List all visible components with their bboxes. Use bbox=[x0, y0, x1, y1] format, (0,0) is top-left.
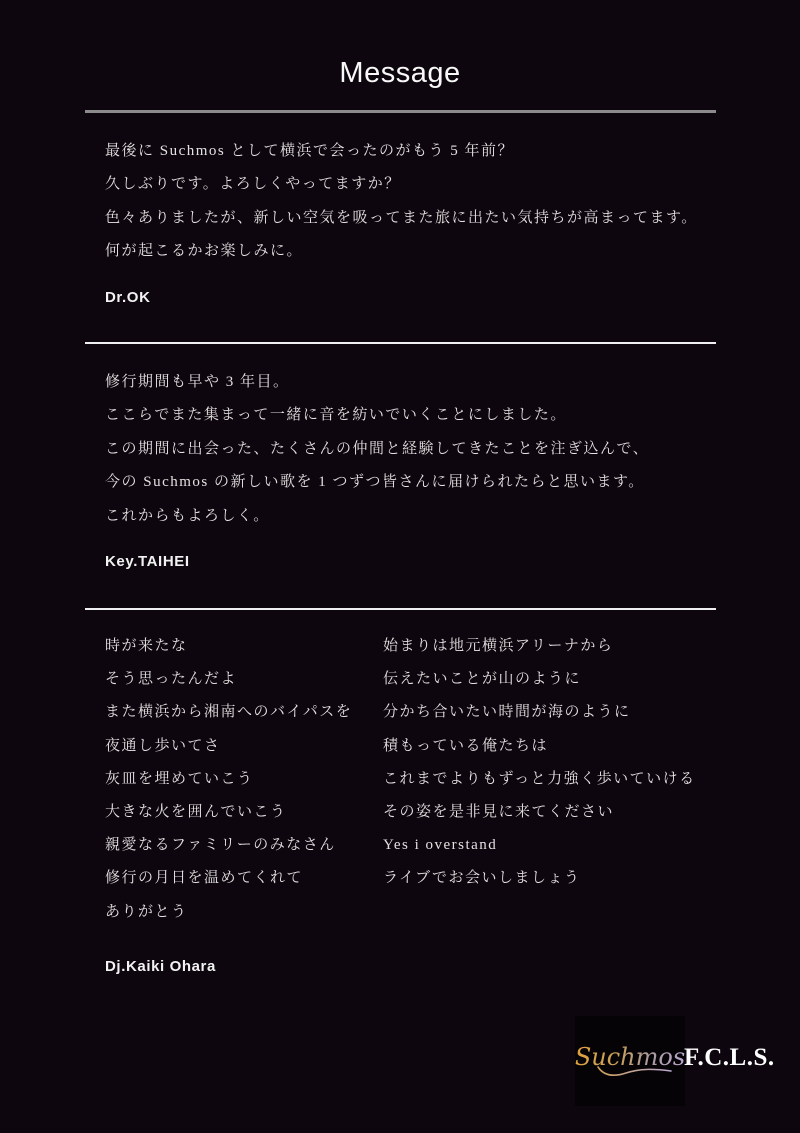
lyrics-column-right: 始まりは地元横浜アリーナから 伝えたいことが山のように 分かち合いたい時間が海の… bbox=[383, 630, 696, 896]
section-divider-2 bbox=[85, 608, 716, 610]
message-line: ここらでまた集まって一緒に音を紡いでいくことにしました。 bbox=[105, 399, 649, 432]
lyric-line: また横浜から湘南へのバイパスを bbox=[105, 696, 352, 729]
message-line: 色々ありましたが、新しい空気を吸ってまた旅に出たい気持ちが高まってます。 bbox=[105, 202, 698, 235]
section-divider-1 bbox=[85, 342, 716, 344]
message-line: 修行期間も早や 3 年目。 bbox=[105, 366, 649, 399]
lyric-line: ライブでお会いしましょう bbox=[383, 862, 696, 895]
signature-dj-kaiki-ohara: Dj.Kaiki Ohara bbox=[105, 950, 216, 983]
lyric-line: ありがとう bbox=[105, 896, 352, 929]
lyric-line: Yes i overstand bbox=[383, 829, 696, 862]
suchmos-logo-swash-icon bbox=[596, 1066, 674, 1078]
page-title: Message bbox=[0, 57, 800, 90]
lyric-line: 時が来たな bbox=[105, 630, 352, 663]
lyric-line: そう思ったんだよ bbox=[105, 663, 352, 696]
message-block-2: 修行期間も早や 3 年目。 ここらでまた集まって一緒に音を紡いでいくことにしまし… bbox=[105, 366, 649, 578]
message-line: 久しぶりです。よろしくやってますか？ bbox=[105, 168, 698, 201]
lyric-line: 修行の月日を温めてくれて bbox=[105, 862, 352, 895]
lyrics-column-left: 時が来たな そう思ったんだよ また横浜から湘南へのバイパスを 夜通し歩いてさ 灰… bbox=[105, 630, 352, 929]
signature-key-taihei: Key.TAIHEI bbox=[105, 545, 649, 578]
lyric-line: その姿を是非見に来てください bbox=[383, 796, 696, 829]
message-page: Message 最後に Suchmos として横浜で会ったのがもう 5 年前？ … bbox=[0, 0, 800, 1133]
message-line: この期間に出会った、たくさんの仲間と経験してきたことを注ぎ込んで、 bbox=[105, 433, 649, 466]
message-block-1: 最後に Suchmos として横浜で会ったのがもう 5 年前？ 久しぶりです。よ… bbox=[105, 135, 698, 314]
lyric-line: これまでよりもずっと力強く歩いていける bbox=[383, 763, 696, 796]
lyric-line: 夜通し歩いてさ bbox=[105, 730, 352, 763]
lyric-line: 始まりは地元横浜アリーナから bbox=[383, 630, 696, 663]
lyric-line: 伝えたいことが山のように bbox=[383, 663, 696, 696]
fcls-logo: F.C.L.S. bbox=[684, 1044, 775, 1072]
message-line: これからもよろしく。 bbox=[105, 500, 649, 533]
message-line: 何が起こるかお楽しみに。 bbox=[105, 235, 698, 268]
title-divider bbox=[85, 110, 716, 113]
lyric-line: 大きな火を囲んでいこう bbox=[105, 796, 352, 829]
message-line: 今の Suchmos の新しい歌を 1 つずつ皆さんに届けられたらと思います。 bbox=[105, 466, 649, 499]
signature-dr-ok: Dr.OK bbox=[105, 281, 698, 314]
lyric-line: 分かち合いたい時間が海のように bbox=[383, 696, 696, 729]
lyric-line: 親愛なるファミリーのみなさん bbox=[105, 829, 352, 862]
message-line: 最後に Suchmos として横浜で会ったのがもう 5 年前？ bbox=[105, 135, 698, 168]
lyric-line: 灰皿を埋めていこう bbox=[105, 763, 352, 796]
lyric-line: 積もっている俺たちは bbox=[383, 730, 696, 763]
suchmos-logo: Suchmos bbox=[575, 1016, 685, 1106]
